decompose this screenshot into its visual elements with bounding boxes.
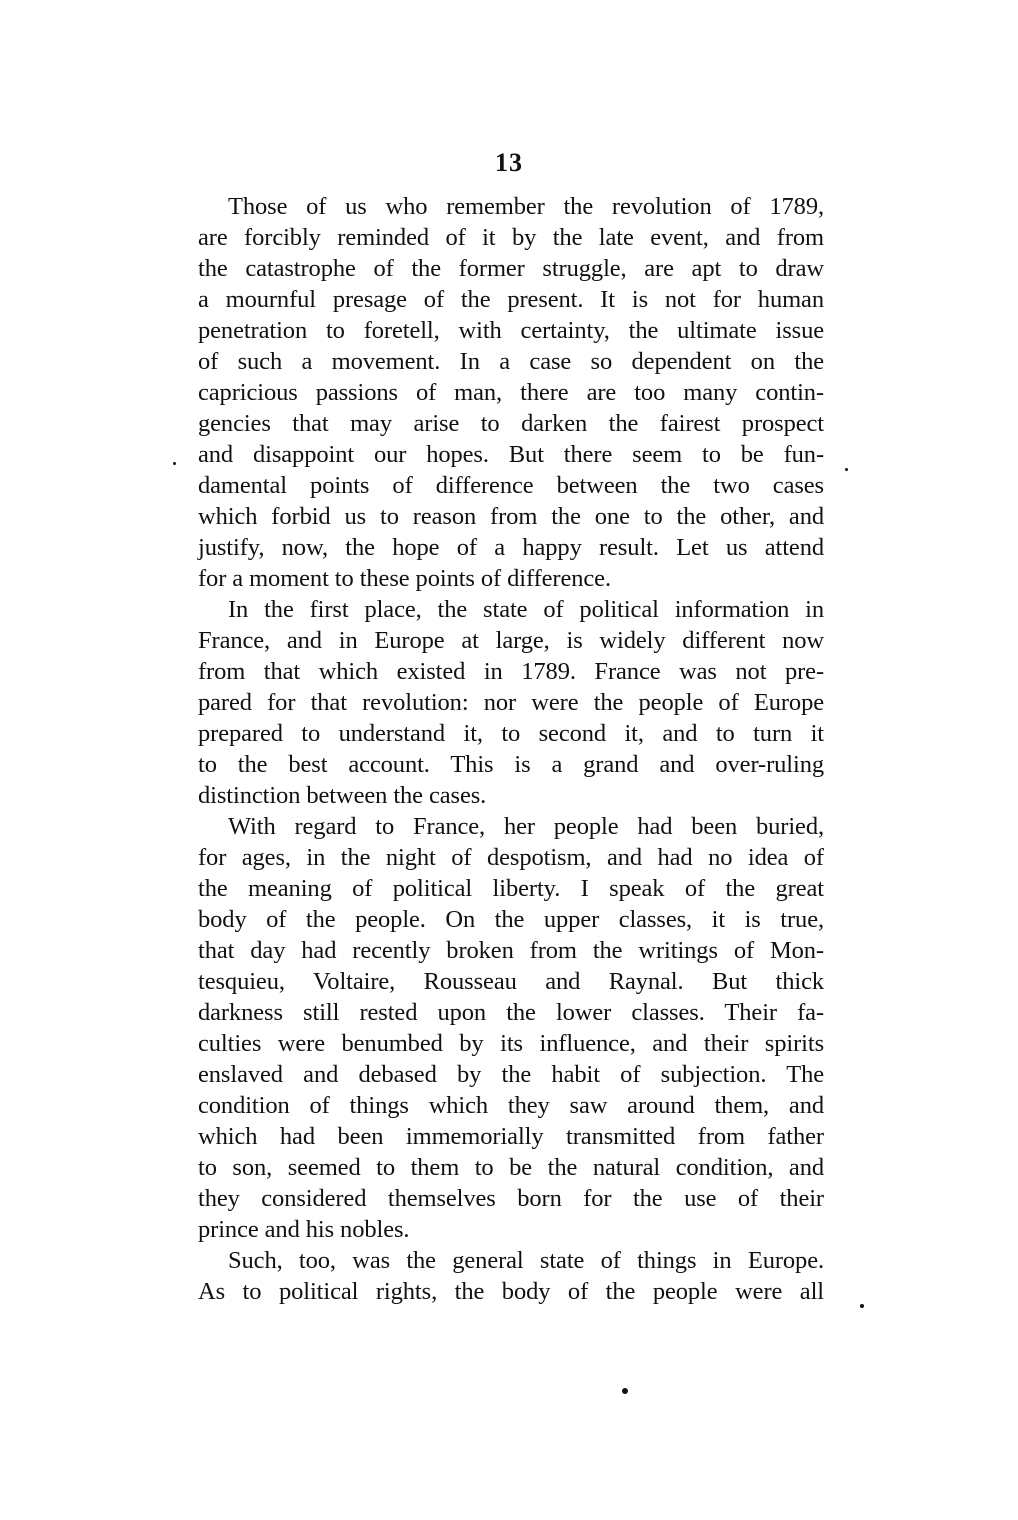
text-line: enslaved and debased by the habit of sub… (198, 1059, 824, 1090)
text-line: prepared to understand it, to second it,… (198, 718, 824, 749)
text-line: pared for that revolution: nor were the … (198, 687, 824, 718)
text-line: France, and in Europe at large, is widel… (198, 625, 824, 656)
text-line: the catastrophe of the former struggle, … (198, 253, 824, 284)
text-line: to the best account. This is a grand and… (198, 749, 824, 780)
text-line: gencies that may arise to darken the fai… (198, 408, 824, 439)
text-line: capricious passions of man, there are to… (198, 377, 824, 408)
body-text: Those of us who remember the revolution … (198, 191, 824, 1307)
text-line: for ages, in the night of despotism, and… (198, 842, 824, 873)
text-line: justify, now, the hope of a happy result… (198, 532, 824, 563)
text-line: which forbid us to reason from the one t… (198, 501, 824, 532)
text-line: Those of us who remember the revolution … (198, 191, 824, 222)
text-line: body of the people. On the upper classes… (198, 904, 824, 935)
text-line: for a moment to these points of differen… (198, 563, 824, 594)
text-line: distinction between the cases. (198, 780, 824, 811)
paragraph-4: Such, too, was the general state of thin… (198, 1245, 824, 1307)
text-line: the meaning of political liberty. I spea… (198, 873, 824, 904)
text-line: of such a movement. In a case so depende… (198, 346, 824, 377)
text-line: and disappoint our hopes. But there seem… (198, 439, 824, 470)
text-line: darkness still rested upon the lower cla… (198, 997, 824, 1028)
text-line: penetration to foretell, with certainty,… (198, 315, 824, 346)
text-line: are forcibly reminded of it by the late … (198, 222, 824, 253)
scan-speck (860, 1304, 864, 1308)
text-line: culties were benumbed by its influence, … (198, 1028, 824, 1059)
text-line: they considered themselves born for the … (198, 1183, 824, 1214)
page-number: 13 (0, 148, 1018, 178)
text-line: which had been immemorially transmitted … (198, 1121, 824, 1152)
text-line: As to political rights, the body of the … (198, 1276, 824, 1307)
scan-speck (173, 462, 176, 465)
text-line: from that which existed in 1789. France … (198, 656, 824, 687)
scan-speck (622, 1388, 628, 1394)
paragraph-2: In the first place, the state of politic… (198, 594, 824, 811)
paragraph-1: Those of us who remember the revolution … (198, 191, 824, 594)
scan-speck (845, 468, 848, 471)
text-line: In the first place, the state of politic… (198, 594, 824, 625)
text-line: condition of things which they saw aroun… (198, 1090, 824, 1121)
text-line: damental points of difference between th… (198, 470, 824, 501)
text-line: With regard to France, her people had be… (198, 811, 824, 842)
text-line: to son, seemed to them to be the natural… (198, 1152, 824, 1183)
text-line: tesquieu, Voltaire, Rousseau and Raynal.… (198, 966, 824, 997)
text-line: Such, too, was the general state of thin… (198, 1245, 824, 1276)
text-line: a mournful presage of the present. It is… (198, 284, 824, 315)
text-line: prince and his nobles. (198, 1214, 824, 1245)
paragraph-3: With regard to France, her people had be… (198, 811, 824, 1245)
text-line: that day had recently broken from the wr… (198, 935, 824, 966)
